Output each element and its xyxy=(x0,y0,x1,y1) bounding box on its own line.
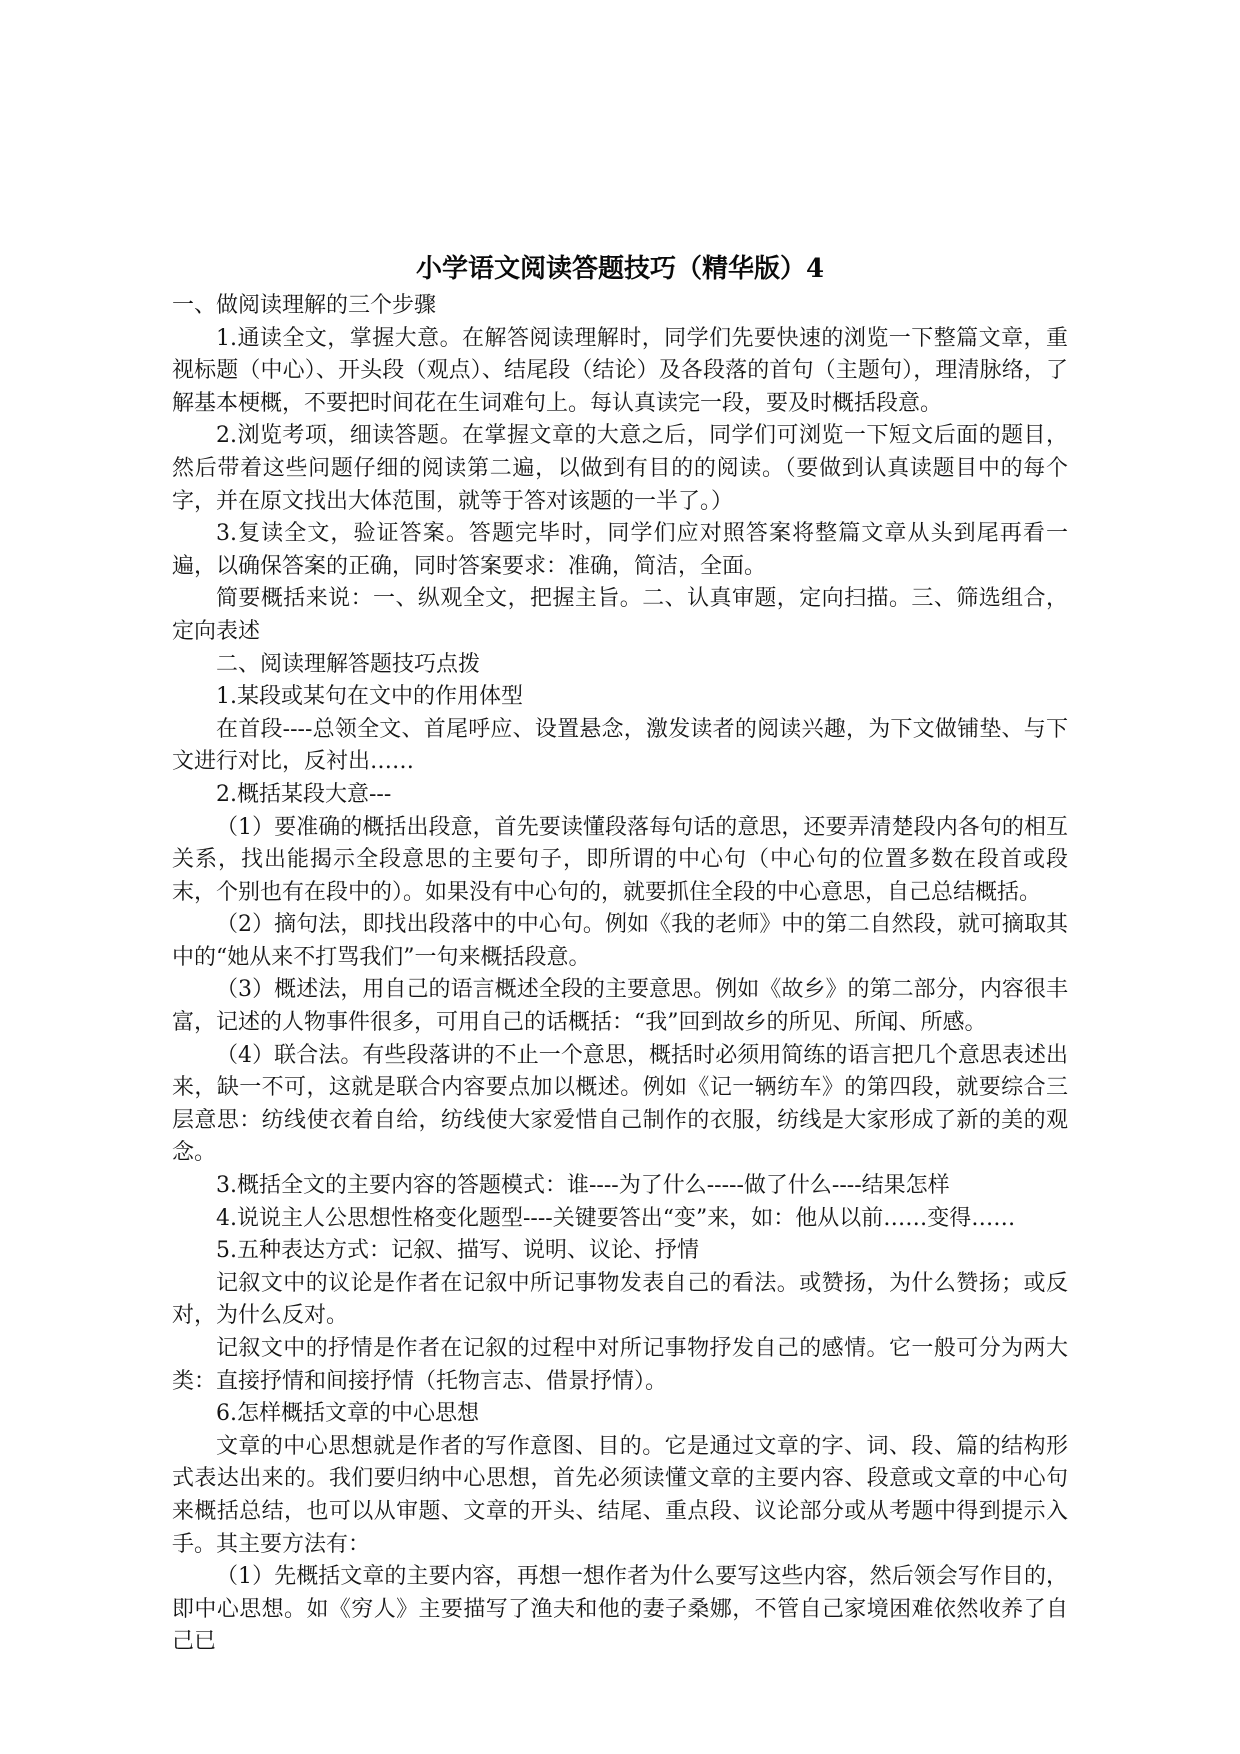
paragraph: 简要概括来说：一、纵观全文，把握主旨。二、认真审题，定向扫描。三、筛选组合，定向… xyxy=(172,583,1068,648)
paragraph: 1.某段或某句在文中的作用体型 xyxy=(172,681,1068,714)
paragraph: 在首段----总领全文、首尾呼应、设置悬念，激发读者的阅读兴趣，为下文做铺垫、与… xyxy=(172,714,1068,779)
document-body: 一、做阅读理解的三个步骤 1.通读全文，掌握大意。在解答阅读理解时，同学们先要快… xyxy=(172,290,1068,1659)
paragraph: 3.概括全文的主要内容的答题模式：谁----为了什么-----做了什么----结… xyxy=(172,1170,1068,1203)
paragraph: （1）先概括文章的主要内容，再想一想作者为什么要写这些内容，然后领会写作目的，即… xyxy=(172,1561,1068,1659)
paragraph: 4.说说主人公思想性格变化题型----关键要答出“变”来，如：他从以前……变得…… xyxy=(172,1203,1068,1236)
paragraph: （2）摘句法，即找出段落中的中心句。例如《我的老师》中的第二自然段，就可摘取其中… xyxy=(172,909,1068,974)
paragraph: 记叙文中的抒情是作者在记叙的过程中对所记事物抒发自己的感情。它一般可分为两大类：… xyxy=(172,1333,1068,1398)
paragraph: （1）要准确的概括出段意，首先要读懂段落每句话的意思，还要弄清楚段内各句的相互关… xyxy=(172,812,1068,910)
paragraph: 3.复读全文，验证答案。答题完毕时，同学们应对照答案将整篇文章从头到尾再看一遍，… xyxy=(172,518,1068,583)
paragraph: 5.五种表达方式：记叙、描写、说明、议论、抒情 xyxy=(172,1235,1068,1268)
document-title: 小学语文阅读答题技巧（精华版）4 xyxy=(172,252,1068,286)
paragraph: 一、做阅读理解的三个步骤 xyxy=(172,290,1068,323)
paragraph: （4）联合法。有些段落讲的不止一个意思，概括时必须用简练的语言把几个意思表述出来… xyxy=(172,1040,1068,1170)
document-page: 小学语文阅读答题技巧（精华版）4 一、做阅读理解的三个步骤 1.通读全文，掌握大… xyxy=(0,0,1240,1754)
paragraph: 1.通读全文，掌握大意。在解答阅读理解时，同学们先要快速的浏览一下整篇文章，重视… xyxy=(172,323,1068,421)
paragraph: 二、阅读理解答题技巧点拨 xyxy=(172,649,1068,682)
paragraph: 6.怎样概括文章的中心思想 xyxy=(172,1398,1068,1431)
paragraph: 记叙文中的议论是作者在记叙中所记事物发表自己的看法。或赞扬，为什么赞扬；或反对，… xyxy=(172,1268,1068,1333)
paragraph: 2.概括某段大意--- xyxy=(172,779,1068,812)
paragraph: 文章的中心思想就是作者的写作意图、目的。它是通过文章的字、词、段、篇的结构形式表… xyxy=(172,1431,1068,1561)
paragraph: （3）概述法，用自己的语言概述全段的主要意思。例如《故乡》的第二部分，内容很丰富… xyxy=(172,974,1068,1039)
paragraph: 2.浏览考项，细读答题。在掌握文章的大意之后，同学们可浏览一下短文后面的题目，然… xyxy=(172,420,1068,518)
